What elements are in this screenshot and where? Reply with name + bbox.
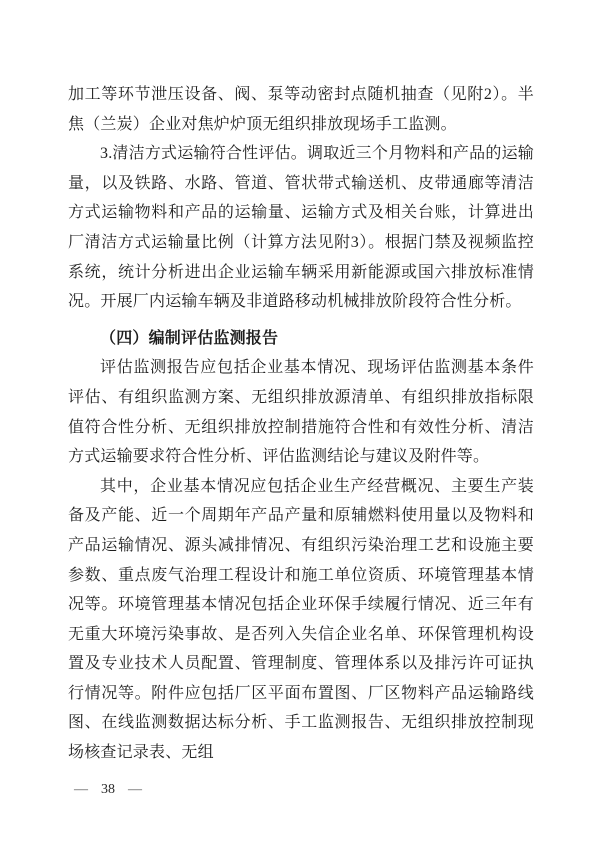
- section-heading-compile-report: （四）编制评估监测报告: [68, 324, 534, 354]
- page-number: 38: [101, 781, 115, 799]
- page-footer: — 38 —: [74, 781, 142, 799]
- document-body: 加工等环节泄压设备、阀、泵等动密封点随机抽查（见附2）。半焦（兰炭）企业对焦炉炉…: [68, 80, 534, 768]
- footer-left-dash: —: [74, 781, 88, 799]
- footer-right-dash: —: [128, 781, 142, 799]
- paragraph-clean-transport-evaluation: 3.清洁方式运输符合性评估。调取近三个月物料和产品的运输量，以及铁路、水路、管道…: [68, 139, 534, 317]
- paragraph-enterprise-basic-info: 其中，企业基本情况应包括企业生产经营概况、主要生产装备及产能、近一个周期年产品产…: [68, 472, 534, 768]
- document-page: 加工等环节泄压设备、阀、泵等动密封点随机抽查（见附2）。半焦（兰炭）企业对焦炉炉…: [0, 0, 600, 848]
- paragraph-continuation: 加工等环节泄压设备、阀、泵等动密封点随机抽查（见附2）。半焦（兰炭）企业对焦炉炉…: [68, 80, 534, 139]
- paragraph-report-contents: 评估监测报告应包括企业基本情况、现场评估监测基本条件评估、有组织监测方案、无组织…: [68, 353, 534, 471]
